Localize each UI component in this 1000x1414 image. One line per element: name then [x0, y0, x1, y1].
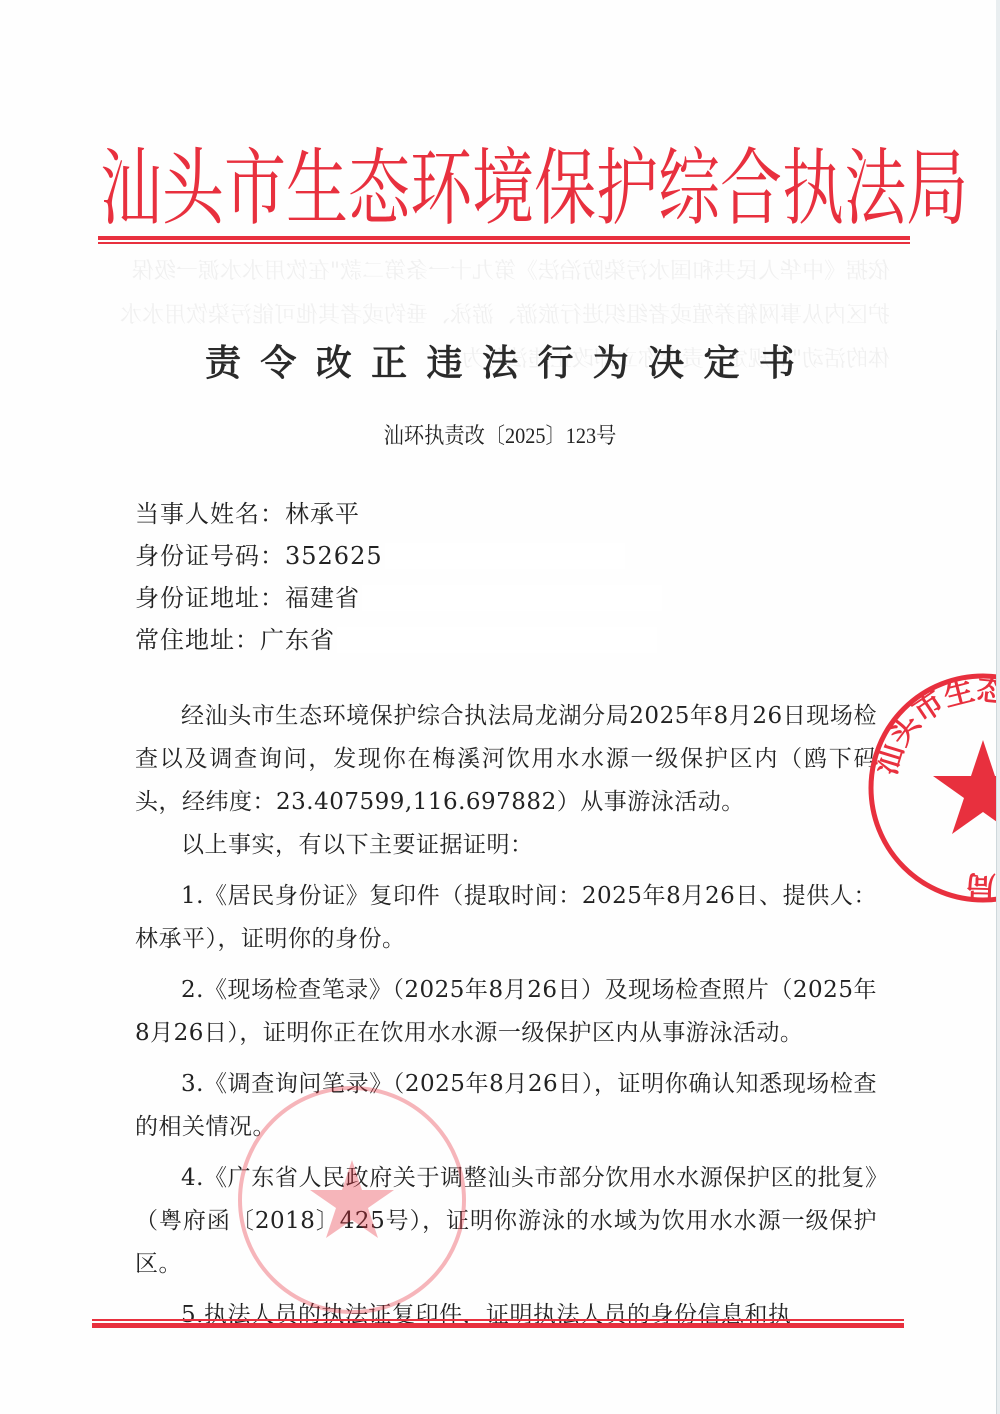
- masthead-red-rule-thin: [98, 242, 910, 244]
- party-id-label: 身份证号码：: [135, 535, 285, 577]
- title-char: 行: [537, 338, 573, 388]
- masthead-char: 综: [658, 129, 720, 251]
- party-id-row: 身份证号码： 352625: [135, 535, 895, 577]
- title-char: 违: [427, 338, 463, 388]
- party-residence-row: 常住地址： 广东省: [135, 619, 895, 661]
- findings-paragraph: 经汕头市生态环境保护综合执法局龙湖分局2025年8月26日现场检查以及调查询问，…: [135, 695, 877, 824]
- party-residence-value: 广东省: [260, 619, 335, 661]
- masthead-char: 头: [162, 129, 224, 251]
- masthead-char: 局: [906, 129, 968, 251]
- title-char: 定: [704, 338, 740, 388]
- footer-red-rule-thin: [92, 1319, 904, 1321]
- page-edge-line: [996, 330, 997, 1414]
- party-name-label: 当事人姓名：: [135, 493, 285, 535]
- footer-red-rule-thick: [92, 1323, 904, 1328]
- masthead-char: 生: [286, 129, 348, 251]
- agency-masthead: 汕 头 市 生 态 环 境 保 护 综 合 执 法 局: [100, 145, 900, 235]
- evidence-intro: 以上事实，有以下主要证据证明：: [135, 824, 877, 867]
- masthead-red-rule-thick: [98, 236, 910, 240]
- masthead-char: 合: [720, 129, 782, 251]
- title-char: 为: [593, 338, 629, 388]
- evidence-item-2: 2.《现场检查笔录》（2025年8月26日）及现场检查照片（2025年8月26日…: [135, 969, 877, 1055]
- masthead-char: 汕: [100, 129, 162, 251]
- party-info: 当事人姓名： 林承平 身份证号码： 352625 身份证地址： 福建省 常住地址…: [135, 493, 895, 661]
- masthead-char: 护: [596, 129, 658, 251]
- party-id-address-value: 福建省: [285, 577, 360, 619]
- masthead-char: 法: [844, 129, 906, 251]
- title-char: 法: [482, 338, 518, 388]
- redacted-residence: [337, 627, 657, 653]
- document-number: 汕环执责改〔2025〕123号: [40, 418, 960, 454]
- party-id-address-label: 身份证地址：: [135, 577, 285, 619]
- party-name-value: 林承平: [285, 493, 360, 535]
- official-seal-icon: 汕头市生态环境保护综合执法局: [863, 668, 1000, 908]
- party-name-row: 当事人姓名： 林承平: [135, 493, 895, 535]
- masthead-char: 执: [782, 129, 844, 251]
- document-page: 依据《中华人民共和国水污染防治法》第九十一条第二款"在饮用水水源一级保护区内从事…: [0, 0, 1000, 1414]
- faded-seal-icon: [232, 1080, 472, 1320]
- masthead-char: 保: [534, 129, 596, 251]
- evidence-item-1: 1.《居民身份证》复印件（提取时间：2025年8月26日、提供人：林承平），证明…: [135, 875, 877, 961]
- title-char: 书: [759, 338, 795, 388]
- masthead-char: 态: [348, 129, 410, 251]
- title-char: 改: [316, 338, 352, 388]
- masthead-char: 环: [410, 129, 472, 251]
- masthead-char: 境: [472, 129, 534, 251]
- masthead-char: 市: [224, 129, 286, 251]
- redacted-id: [385, 543, 625, 569]
- redacted-id-address: [362, 585, 662, 611]
- title-char: 正: [371, 338, 407, 388]
- party-id-value: 352625: [285, 535, 383, 577]
- document-title: 责 令 改 正 违 法 行 为 决 定 书: [205, 338, 795, 388]
- party-residence-label: 常住地址：: [135, 619, 260, 661]
- title-char: 决: [648, 338, 684, 388]
- title-char: 令: [260, 338, 296, 388]
- title-char: 责: [205, 338, 241, 388]
- party-id-address-row: 身份证地址： 福建省: [135, 577, 895, 619]
